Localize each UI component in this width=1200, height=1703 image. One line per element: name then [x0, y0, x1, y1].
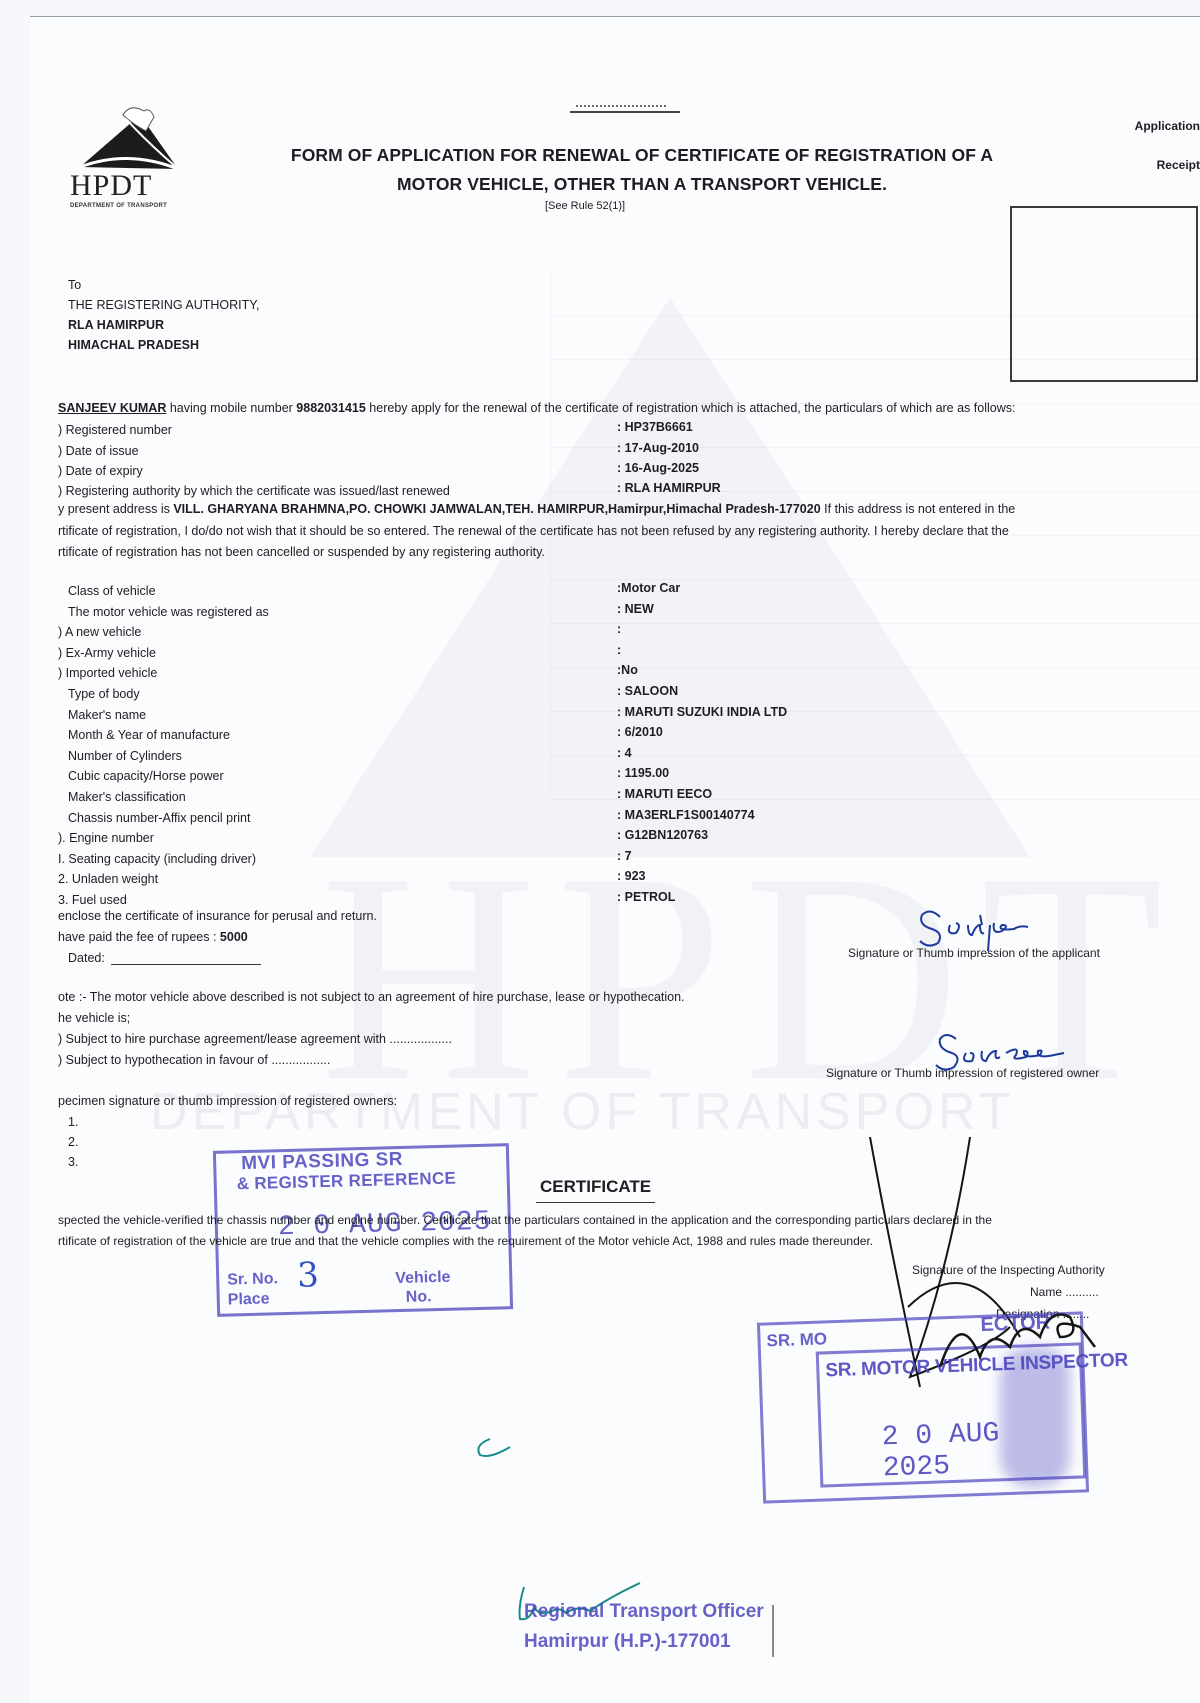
specimen-label: pecimen signature or thumb impression of…	[58, 1094, 397, 1108]
vehicle-field-value: : 1195.00	[617, 766, 669, 780]
vehicle-field-value: : SALOON	[617, 684, 678, 698]
vehicle-field-value: : MARUTI SUZUKI INDIA LTD	[617, 705, 787, 719]
vehicle-field-value: :	[617, 643, 621, 657]
document-page: HPDT DEPARTMENT OF TRANSPORT HPDT DEPART…	[30, 16, 1200, 1703]
logo-name: HPDT	[70, 169, 152, 203]
hire-purchase-line: ) Subject to hire purchase agreement/lea…	[58, 1032, 452, 1046]
vehicle-field-label: ) Ex-Army vehicle	[58, 646, 156, 660]
address-line: y present address is VILL. GHARYANA BRAH…	[58, 502, 1015, 516]
specimen-item: 3.	[68, 1155, 78, 1169]
certificate-text: rtificate of registration of the vehicle…	[58, 1234, 873, 1248]
vehicle-field-label: ) Imported vehicle	[58, 666, 157, 680]
note-line: he vehicle is;	[58, 1011, 130, 1025]
dated-field: Dated:	[68, 951, 261, 965]
rule-reference: [See Rule 52(1)]	[545, 200, 625, 212]
vehicle-field-label: I. Seating capacity (including driver)	[58, 852, 256, 866]
logo-subtitle: DEPARTMENT OF TRANSPORT	[70, 203, 167, 209]
receipt-label: Receipt	[1104, 156, 1200, 176]
particular-label: ) Date of expiry	[58, 464, 143, 478]
vehicle-field-value: : MA3ERLF1S00140774	[617, 808, 755, 822]
rto-initial-icon	[470, 1431, 540, 1461]
present-address: VILL. GHARYANA BRAHMNA,PO. CHOWKI JAMWAL…	[173, 502, 820, 516]
vehicle-field-label: Maker's name	[68, 708, 146, 722]
vehicle-field-value: : MARUTI EECO	[617, 787, 712, 801]
intro-statement: SANJEEV KUMAR having mobile number 98820…	[58, 401, 1015, 415]
applicant-name: SANJEEV KUMAR	[58, 401, 166, 415]
particular-value: : HP37B6661	[617, 420, 693, 434]
form-title: FORM OF APPLICATION FOR RENEWAL OF CERTI…	[202, 141, 1082, 199]
particular-label: ) Date of issue	[58, 444, 139, 458]
owner-signature-caption: Signature or Thumb impression of registe…	[826, 1066, 1099, 1080]
particular-value: : 17-Aug-2010	[617, 441, 699, 455]
photo-box	[1010, 206, 1198, 382]
certificate-title: CERTIFICATE	[540, 1177, 651, 1197]
vehicle-field-label: Chassis number-Affix pencil print	[68, 811, 250, 825]
note-line: ote :- The motor vehicle above described…	[58, 990, 685, 1004]
vehicle-field-label: ). Engine number	[58, 831, 154, 845]
form-number-line	[570, 111, 680, 113]
fee-statement: have paid the fee of rupees : 5000	[58, 930, 248, 944]
vehicle-field-label: Type of body	[68, 687, 140, 701]
rto-stamp: Regional Transport Officer Hamirpur (H.P…	[524, 1597, 764, 1657]
vehicle-field-label: 2. Unladen weight	[58, 872, 158, 886]
inspector-initials-icon	[930, 1287, 1100, 1387]
particular-label: ) Registering authority by which the cer…	[58, 484, 450, 498]
addressee: To THE REGISTERING AUTHORITY, RLA HAMIRP…	[68, 275, 259, 355]
insurance-statement: enclose the certificate of insurance for…	[58, 909, 377, 923]
vehicle-field-value: :No	[617, 663, 638, 677]
stamp-serial-number: 3	[297, 1255, 320, 1296]
vehicle-field-value: : 6/2010	[617, 725, 663, 739]
vehicle-field-value: : NEW	[617, 602, 654, 616]
mobile-number: 9882031415	[296, 401, 366, 415]
hypothecation-line: ) Subject to hypothecation in favour of …	[58, 1053, 330, 1067]
vehicle-field-label: 3. Fuel used	[58, 893, 127, 907]
particular-value: : RLA HAMIRPUR	[617, 481, 721, 495]
declaration-line: rtificate of registration has not been c…	[58, 545, 545, 559]
vehicle-field-label: Month & Year of manufacture	[68, 728, 230, 742]
particular-label: ) Registered number	[58, 423, 172, 437]
vehicle-field-label: Maker's classification	[68, 790, 186, 804]
declaration-line: rtificate of registration, I do/do not w…	[58, 524, 1009, 538]
application-label: Application	[1104, 117, 1200, 137]
vehicle-field-value: : G12BN120763	[617, 828, 708, 842]
specimen-item: 1.	[68, 1115, 78, 1129]
vehicle-field-label: Number of Cylinders	[68, 749, 182, 763]
specimen-item: 2.	[68, 1135, 78, 1149]
vehicle-field-label: Cubic capacity/Horse power	[68, 769, 224, 783]
vehicle-field-value: : 923	[617, 869, 646, 883]
mvi-passing-stamp: MVI PASSING SR & REGISTER REFERENCE 2 0 …	[213, 1143, 513, 1317]
vehicle-field-value: : 4	[617, 746, 632, 760]
vehicle-field-value: : PETROL	[617, 890, 675, 904]
fee-amount: 5000	[220, 930, 248, 944]
vehicle-field-label: The motor vehicle was registered as	[68, 605, 269, 619]
applicant-signature-caption: Signature or Thumb impression of the app…	[848, 946, 1100, 960]
vehicle-field-value: :	[617, 622, 621, 636]
vehicle-field-label: ) A new vehicle	[58, 625, 141, 639]
vehicle-field-label: Class of vehicle	[68, 584, 156, 598]
vehicle-field-value: : 7	[617, 849, 632, 863]
vehicle-field-value: :Motor Car	[617, 581, 680, 595]
application-info: Application HP250814V5172 Receipt HP2508…	[1104, 117, 1200, 195]
particular-value: : 16-Aug-2025	[617, 461, 699, 475]
